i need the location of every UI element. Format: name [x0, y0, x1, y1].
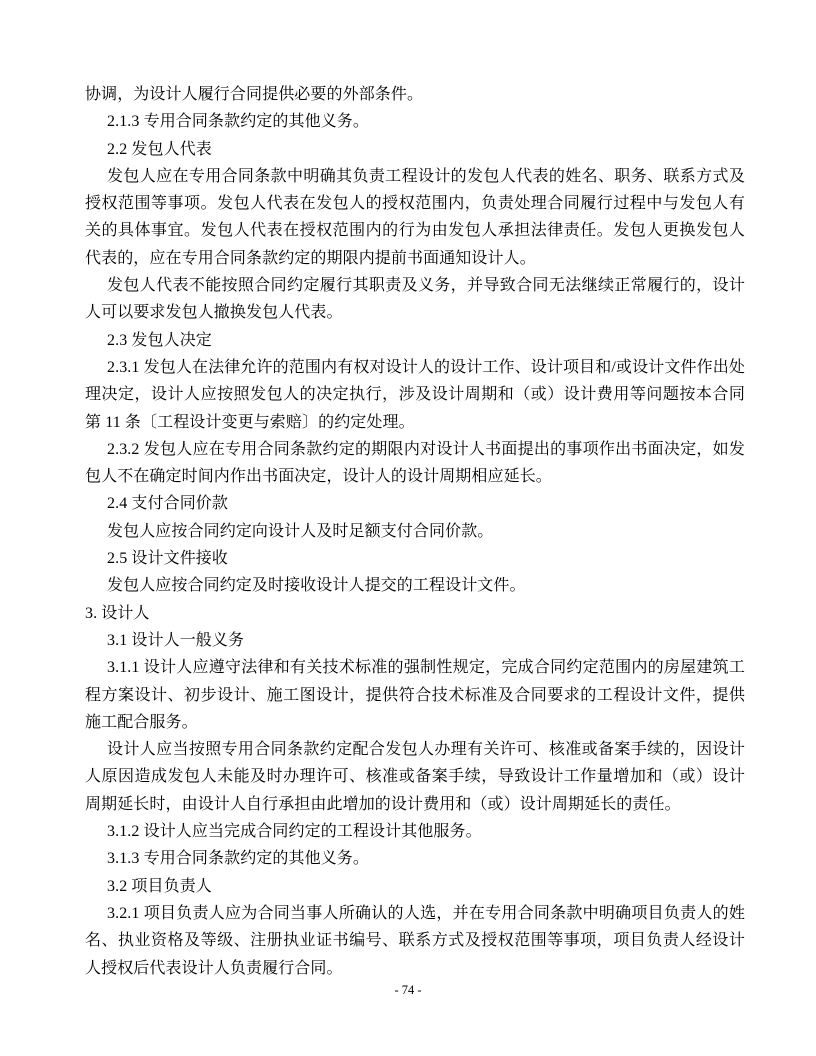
paragraph: 发包人应在专用合同条款中明确其负责工程设计的发包人代表的姓名、职务、联系方式及授…	[85, 163, 745, 272]
paragraph: 发包人应按合同约定及时接收设计人提交的工程设计文件。	[85, 572, 745, 599]
paragraph: 2.5 设计文件接收	[85, 545, 745, 572]
paragraph: 3.2 项目负责人	[85, 873, 745, 900]
paragraph: 3.1.1 设计人应遵守法律和有关技术标准的强制性规定，完成合同约定范围内的房屋…	[85, 654, 745, 736]
paragraph: 2.3 发包人决定	[85, 327, 745, 354]
paragraph: 3.1 设计人一般义务	[85, 627, 745, 654]
page-number: - 74 -	[0, 982, 816, 998]
paragraph: 设计人应当按照专用合同条款约定配合发包人办理有关许可、核准或备案手续的，因设计人…	[85, 736, 745, 818]
paragraph: 3.2.1 项目负责人应为合同当事人所确认的人选，并在专用合同条款中明确项目负责…	[85, 900, 745, 982]
paragraph: 发包人应按合同约定向设计人及时足额支付合同价款。	[85, 518, 745, 545]
paragraph: 3.1.3 专用合同条款约定的其他义务。	[85, 845, 745, 872]
paragraph: 2.3.1 发包人在法律允许的范围内有权对设计人的设计工作、设计项目和/或设计文…	[85, 354, 745, 436]
document-page: 协调，为设计人履行合同提供必要的外部条件。2.1.3 专用合同条款约定的其他义务…	[0, 0, 816, 1056]
paragraph: 2.3.2 发包人应在专用合同条款约定的期限内对设计人书面提出的事项作出书面决定…	[85, 436, 745, 491]
paragraph: 2.1.3 专用合同条款约定的其他义务。	[85, 108, 745, 135]
paragraph: 2.2 发包人代表	[85, 136, 745, 163]
paragraph: 3. 设计人	[85, 600, 745, 627]
document-body: 协调，为设计人履行合同提供必要的外部条件。2.1.3 专用合同条款约定的其他义务…	[85, 81, 745, 982]
paragraph: 2.4 支付合同价款	[85, 490, 745, 517]
paragraph: 协调，为设计人履行合同提供必要的外部条件。	[85, 81, 745, 108]
paragraph: 3.1.2 设计人应当完成合同约定的工程设计其他服务。	[85, 818, 745, 845]
paragraph: 发包人代表不能按照合同约定履行其职责及义务，并导致合同无法继续正常履行的，设计人…	[85, 272, 745, 327]
